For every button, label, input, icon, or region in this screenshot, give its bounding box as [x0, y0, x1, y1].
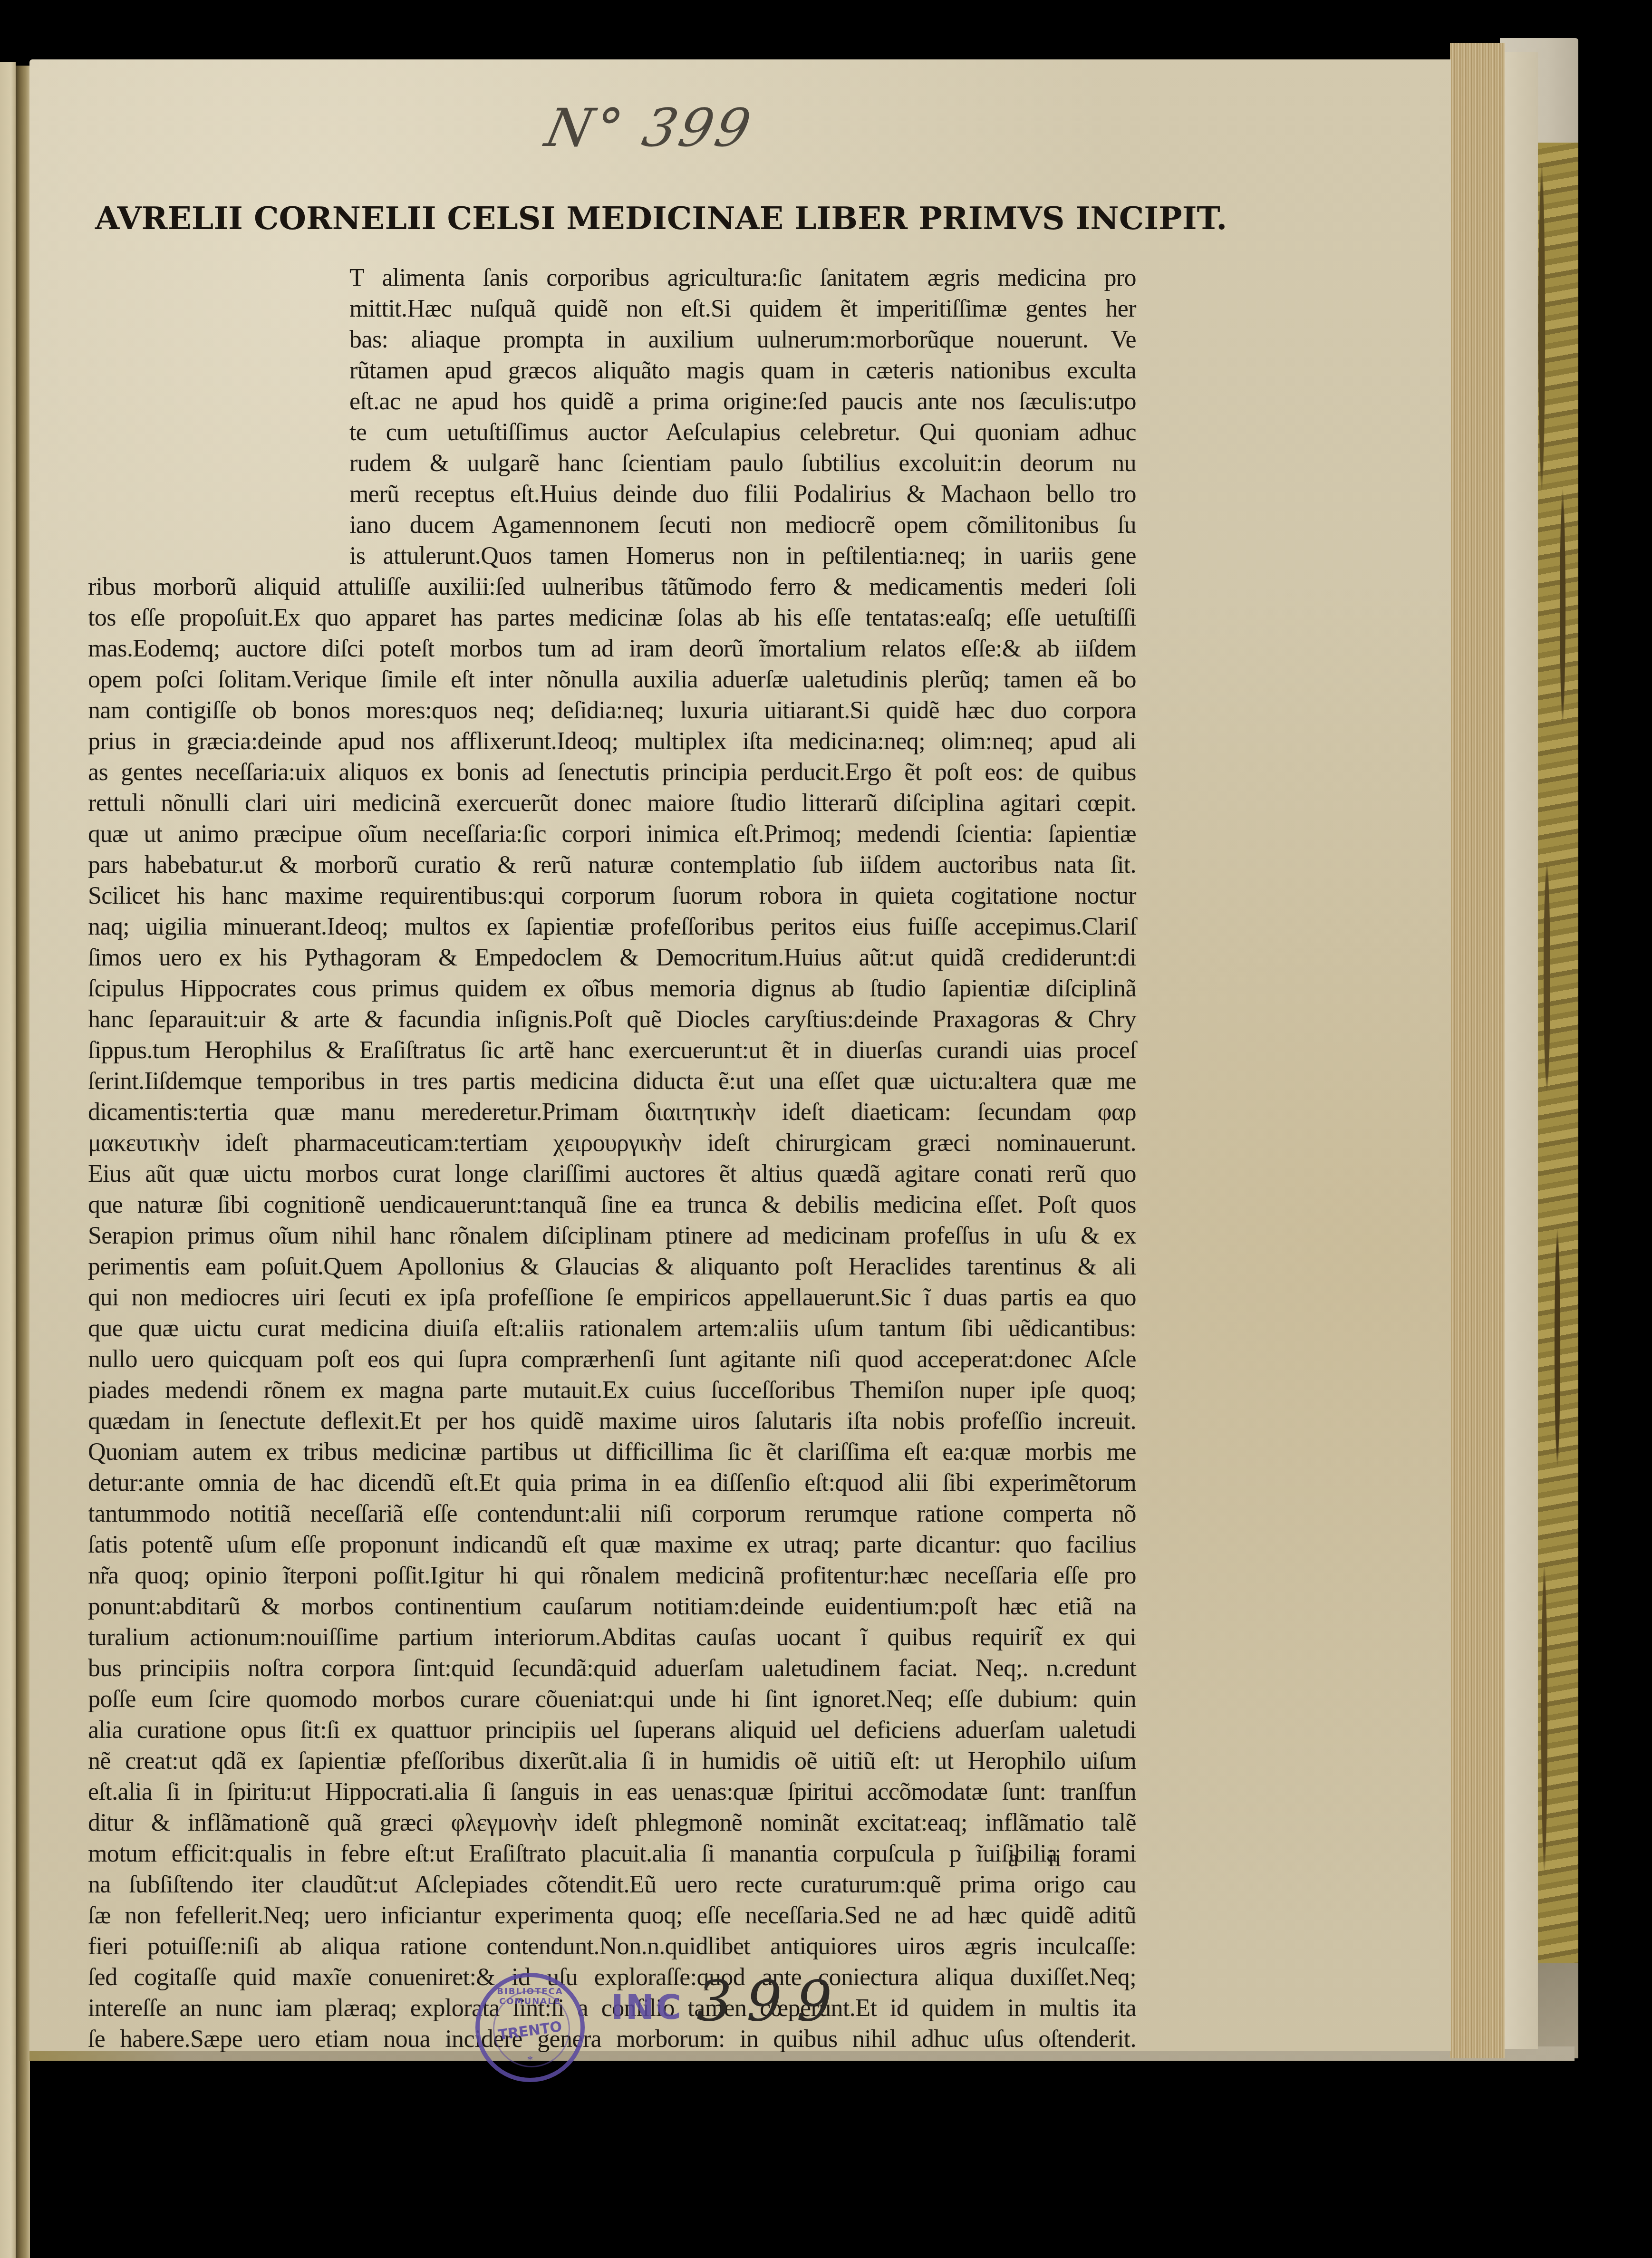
page-fore-edge [1450, 43, 1505, 2058]
text-line: nullo uero quicquam poſt eos qui ſupra c… [88, 1344, 1136, 1375]
text-line: mittit.Hæc nuſquã quidẽ non eſt.Si quide… [349, 293, 1136, 324]
text-line: qui non mediocres uiri ſecuti ex ipſa pr… [88, 1282, 1136, 1313]
text-line: poſſe eum ſcire quomodo morbos curare cõ… [88, 1684, 1136, 1715]
text-line: Serapion primus oĩum nihil hanc rõnalem … [88, 1220, 1136, 1251]
text-line: turalium actionum:nouiſſime partium inte… [88, 1622, 1136, 1653]
text-line: naq; uigilia minuerant.Ideoq; multos ex … [88, 911, 1136, 942]
text-line: ſimos uero ex his Pythagoram & Empedocle… [88, 942, 1136, 973]
text-line: ſerint.Iiſdemque temporibus in tres part… [88, 1066, 1136, 1097]
text-line: ditur & inflãmationẽ quã græci φλεγμονὴν… [88, 1807, 1136, 1838]
text-line: motum efficit:qualis in febre eſt:ut Era… [88, 1838, 1136, 1869]
text-line: rudem & uulgarẽ hanc ſcientiam paulo ſub… [349, 448, 1136, 479]
text-line: rũtamen apud græcos aliquãto magis quam … [349, 355, 1136, 386]
incipit-heading: AVRELII CORNELII CELSI MEDICINAE LIBER P… [95, 200, 1227, 237]
text-line: Scilicet his hanc maxime requirentibus:q… [88, 880, 1136, 911]
text-line: eſt.ac ne apud hos quidẽ a prima origine… [349, 386, 1136, 417]
left-page-edge [0, 62, 16, 2258]
text-line: prius in græcia:deinde apud nos afflixer… [88, 726, 1136, 757]
text-line: ſatis potentẽ uſum eſſe proponunt indica… [88, 1529, 1136, 1560]
text-line: nam contigiſſe ob bonos mores:quos neq; … [88, 695, 1136, 726]
text-line: Eius aũt quæ uictu morbos curat longe cl… [88, 1158, 1136, 1189]
text-line: quædam in ſenectute deflexit.Et per hos … [88, 1406, 1136, 1437]
text-line: iano ducem Agamennonem ſecuti non medioc… [349, 510, 1136, 540]
text-line: dicamentis:tertia quæ manu merederetur.P… [88, 1097, 1136, 1128]
text-line: ſe habere.Sæpe uero etiam noua incidere … [88, 2024, 1136, 2055]
signature-mark: a ii [1008, 1844, 1062, 1872]
text-line: opem poſci ſolitam.Veriquе ſimile eſt in… [88, 664, 1136, 695]
handwritten-shelfmark: N° 399 [540, 97, 758, 158]
text-line: eſt.alia ſi in ſpiritu:ut Hippocrati.ali… [88, 1776, 1136, 1807]
book-gutter [16, 66, 30, 2258]
text-line: ponunt:abditarũ & morbos continentium ca… [88, 1591, 1136, 1622]
text-line: Quoniam autem ex tribus medicinæ partibu… [88, 1437, 1136, 1467]
text-line: na ſubſiſtendo iter claudũt:ut Aſclepiad… [88, 1869, 1136, 1900]
text-line: perimentis eam poſuit.Quem Apollonius & … [88, 1251, 1136, 1282]
page-fore-edge-light [1505, 52, 1538, 2049]
text-line: ribus morborũ aliquid attuliſſe auxilii:… [88, 571, 1136, 602]
inc-number-handwritten: 399 [696, 1968, 846, 2034]
inc-stamp-label: INC [611, 1987, 683, 2027]
text-line: T alimenta ſanis corporibus agricultura:… [349, 262, 1136, 293]
text-line: tantummodo notitiã neceſſariã eſſe conte… [88, 1498, 1136, 1529]
text-line: nr̃a quoq; opinio ĩterponi poſſit.Igitur… [88, 1560, 1136, 1591]
text-line: μακευτικὴν ideſt pharmaceuticam:tertiam … [88, 1128, 1136, 1158]
text-line: pars habebatur.ut & morborũ curatio & re… [88, 849, 1136, 880]
text-line: nẽ creat:ut qdã ex ſapientiæ pfeſſoribus… [88, 1746, 1136, 1776]
text-line: ſcipulus Hippocrates cous primus quidem … [88, 973, 1136, 1004]
text-line: as gentes neceſſaria:uix aliquos ex boni… [88, 757, 1136, 788]
text-line: is attulerunt.Quos tamen Homerus non in … [349, 540, 1136, 571]
text-line: merũ receptus eſt.Huius deinde duo filii… [349, 479, 1136, 510]
star-icon: * [480, 2053, 580, 2067]
text-line: que naturæ ſibi cognitionẽ uendicauerunt… [88, 1189, 1136, 1220]
text-line: fieri potuiſſe:niſi ab aliqua ratione co… [88, 1931, 1136, 1962]
text-line: quæ ut animo præcipue oĩum neceſſaria:ſi… [88, 819, 1136, 849]
text-line: tos eſſe propoſuit.Ex quo apparet has pa… [88, 602, 1136, 633]
stamp-ring-text: BIBLIOTECA COMUNALE [480, 1987, 580, 2007]
text-line: ſæ non fefellerit.Neq; uero inficiantur … [88, 1900, 1136, 1931]
text-line: bas: aliaque prompta in auxilium uulneru… [349, 324, 1136, 355]
text-line: te cum uetuſtiſſimus auctor Aeſculapius … [349, 417, 1136, 448]
text-line: piades medendi rõnem ex magna parte muta… [88, 1375, 1136, 1406]
text-line: alia curatione opus ſit:ſi ex quattuor p… [88, 1715, 1136, 1746]
text-line: mas.Eodemq; auctore diſci poteſt morbos … [88, 633, 1136, 664]
indented-text-block: T alimenta ſanis corporibus agricultura:… [349, 262, 1136, 571]
text-line: bus principiis noſtra corpora ſint:quid … [88, 1653, 1136, 1684]
text-line: rettuli nõnulli clari uiri medicinã exer… [88, 788, 1136, 819]
text-line: ſippus.tum Herophilus & Eraſiſtratus ſic… [88, 1035, 1136, 1066]
text-line: hanc ſeparauit:uir & arte & facundia inſ… [88, 1004, 1136, 1035]
main-text-block: ribus morborũ aliquid attuliſſe auxilii:… [88, 571, 1136, 2055]
library-stamp: BIBLIOTECA COMUNALE TRENTO * [475, 1973, 585, 2082]
text-line: detur:ante omnia de hac dicendũ eſt.Et q… [88, 1467, 1136, 1498]
text-line: que quæ uictu curat medicina diuiſa eſt:… [88, 1313, 1136, 1344]
